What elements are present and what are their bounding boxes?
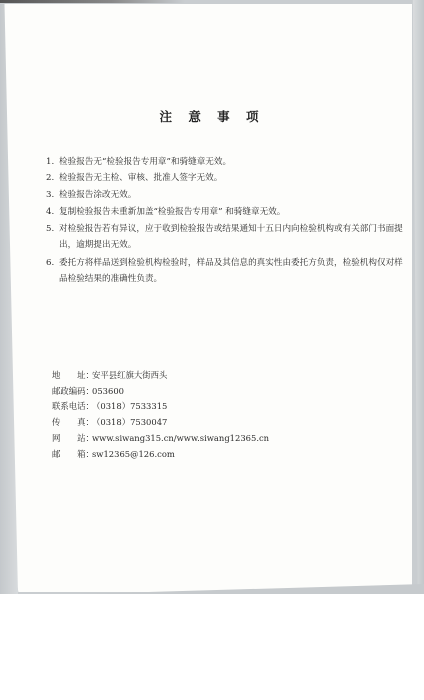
contact-email: 邮 箱：sw12365@126.com [52,446,175,462]
notice-item: 2.检验报告无主检、审核、批准人签字无效。 [46,170,222,186]
notice-text: 复制检验报告未重新加盖“检验报告专用章” 和骑缝章无效。 [59,207,285,217]
contact-value: www.siwang315.cn/www.siwang12365.cn [92,433,269,443]
notice-number: 2. [46,170,59,186]
notice-continuation: 出，逾期提出无效。 [46,237,403,253]
notice-number: 4. [46,204,59,220]
scan-top-shadow [0,0,185,3]
notice-text: 检验报告无主检、审核、批准人签字无效。 [59,173,222,183]
contact-fax: 传 真：（0318）7530047 [52,414,167,430]
contact-label: 传 真： [52,414,92,430]
notice-number: 3. [46,187,59,203]
notice-text: 检验报告无“检验报告专用章”和骑缝章无效。 [59,157,231,167]
contact-value: （0318）7530047 [92,417,167,427]
contact-website: 网 站：www.siwang315.cn/www.siwang12365.cn [52,430,269,446]
notice-number: 5. [46,221,59,237]
notice-item: 5.对检验报告若有异议，应于收到检验报告或结果通知十五日内向检验机构或有关部门书… [46,221,403,253]
contact-label: 地 址： [52,367,92,383]
notice-text: 检验报告涂改无效。 [59,190,136,200]
contact-label: 联系电话： [52,398,92,414]
notice-text: 委托方将样品送到检验机构检验时，样品及其信息的真实性由委托方负责，检验机构仅对样 [59,258,403,268]
contact-label: 网 站： [52,430,92,446]
contact-value: 安平县红旗大街西头 [92,370,167,380]
notice-text: 对检验报告若有异议，应于收到检验报告或结果通知十五日内向检验机构或有关部门书面提 [59,224,403,234]
contact-value: sw12365@126.com [92,449,175,459]
contact-value: （0318）7533315 [92,401,167,411]
contact-value: 053600 [92,386,124,396]
contact-label: 邮政编码： [52,383,92,399]
notice-continuation: 品检验结果的准确性负责。 [46,271,403,287]
notice-item: 6.委托方将样品送到检验机构检验时，样品及其信息的真实性由委托方负责，检验机构仅… [46,255,403,287]
notice-item: 4.复制检验报告未重新加盖“检验报告专用章” 和骑缝章无效。 [46,204,285,220]
notice-number: 1. [46,154,59,170]
contact-label: 邮 箱： [52,446,92,462]
notice-item: 3.检验报告涂改无效。 [46,187,136,203]
document-page [2,4,412,592]
contact-address: 地 址：安平县红旗大街西头 [52,367,167,383]
contact-postcode: 邮政编码：053600 [52,383,124,399]
notice-item: 1.检验报告无“检验报告专用章”和骑缝章无效。 [46,154,231,170]
contact-phone: 联系电话：（0318）7533315 [52,398,167,414]
notice-number: 6. [46,255,59,271]
page-title: 注 意 事 项 [0,107,424,125]
